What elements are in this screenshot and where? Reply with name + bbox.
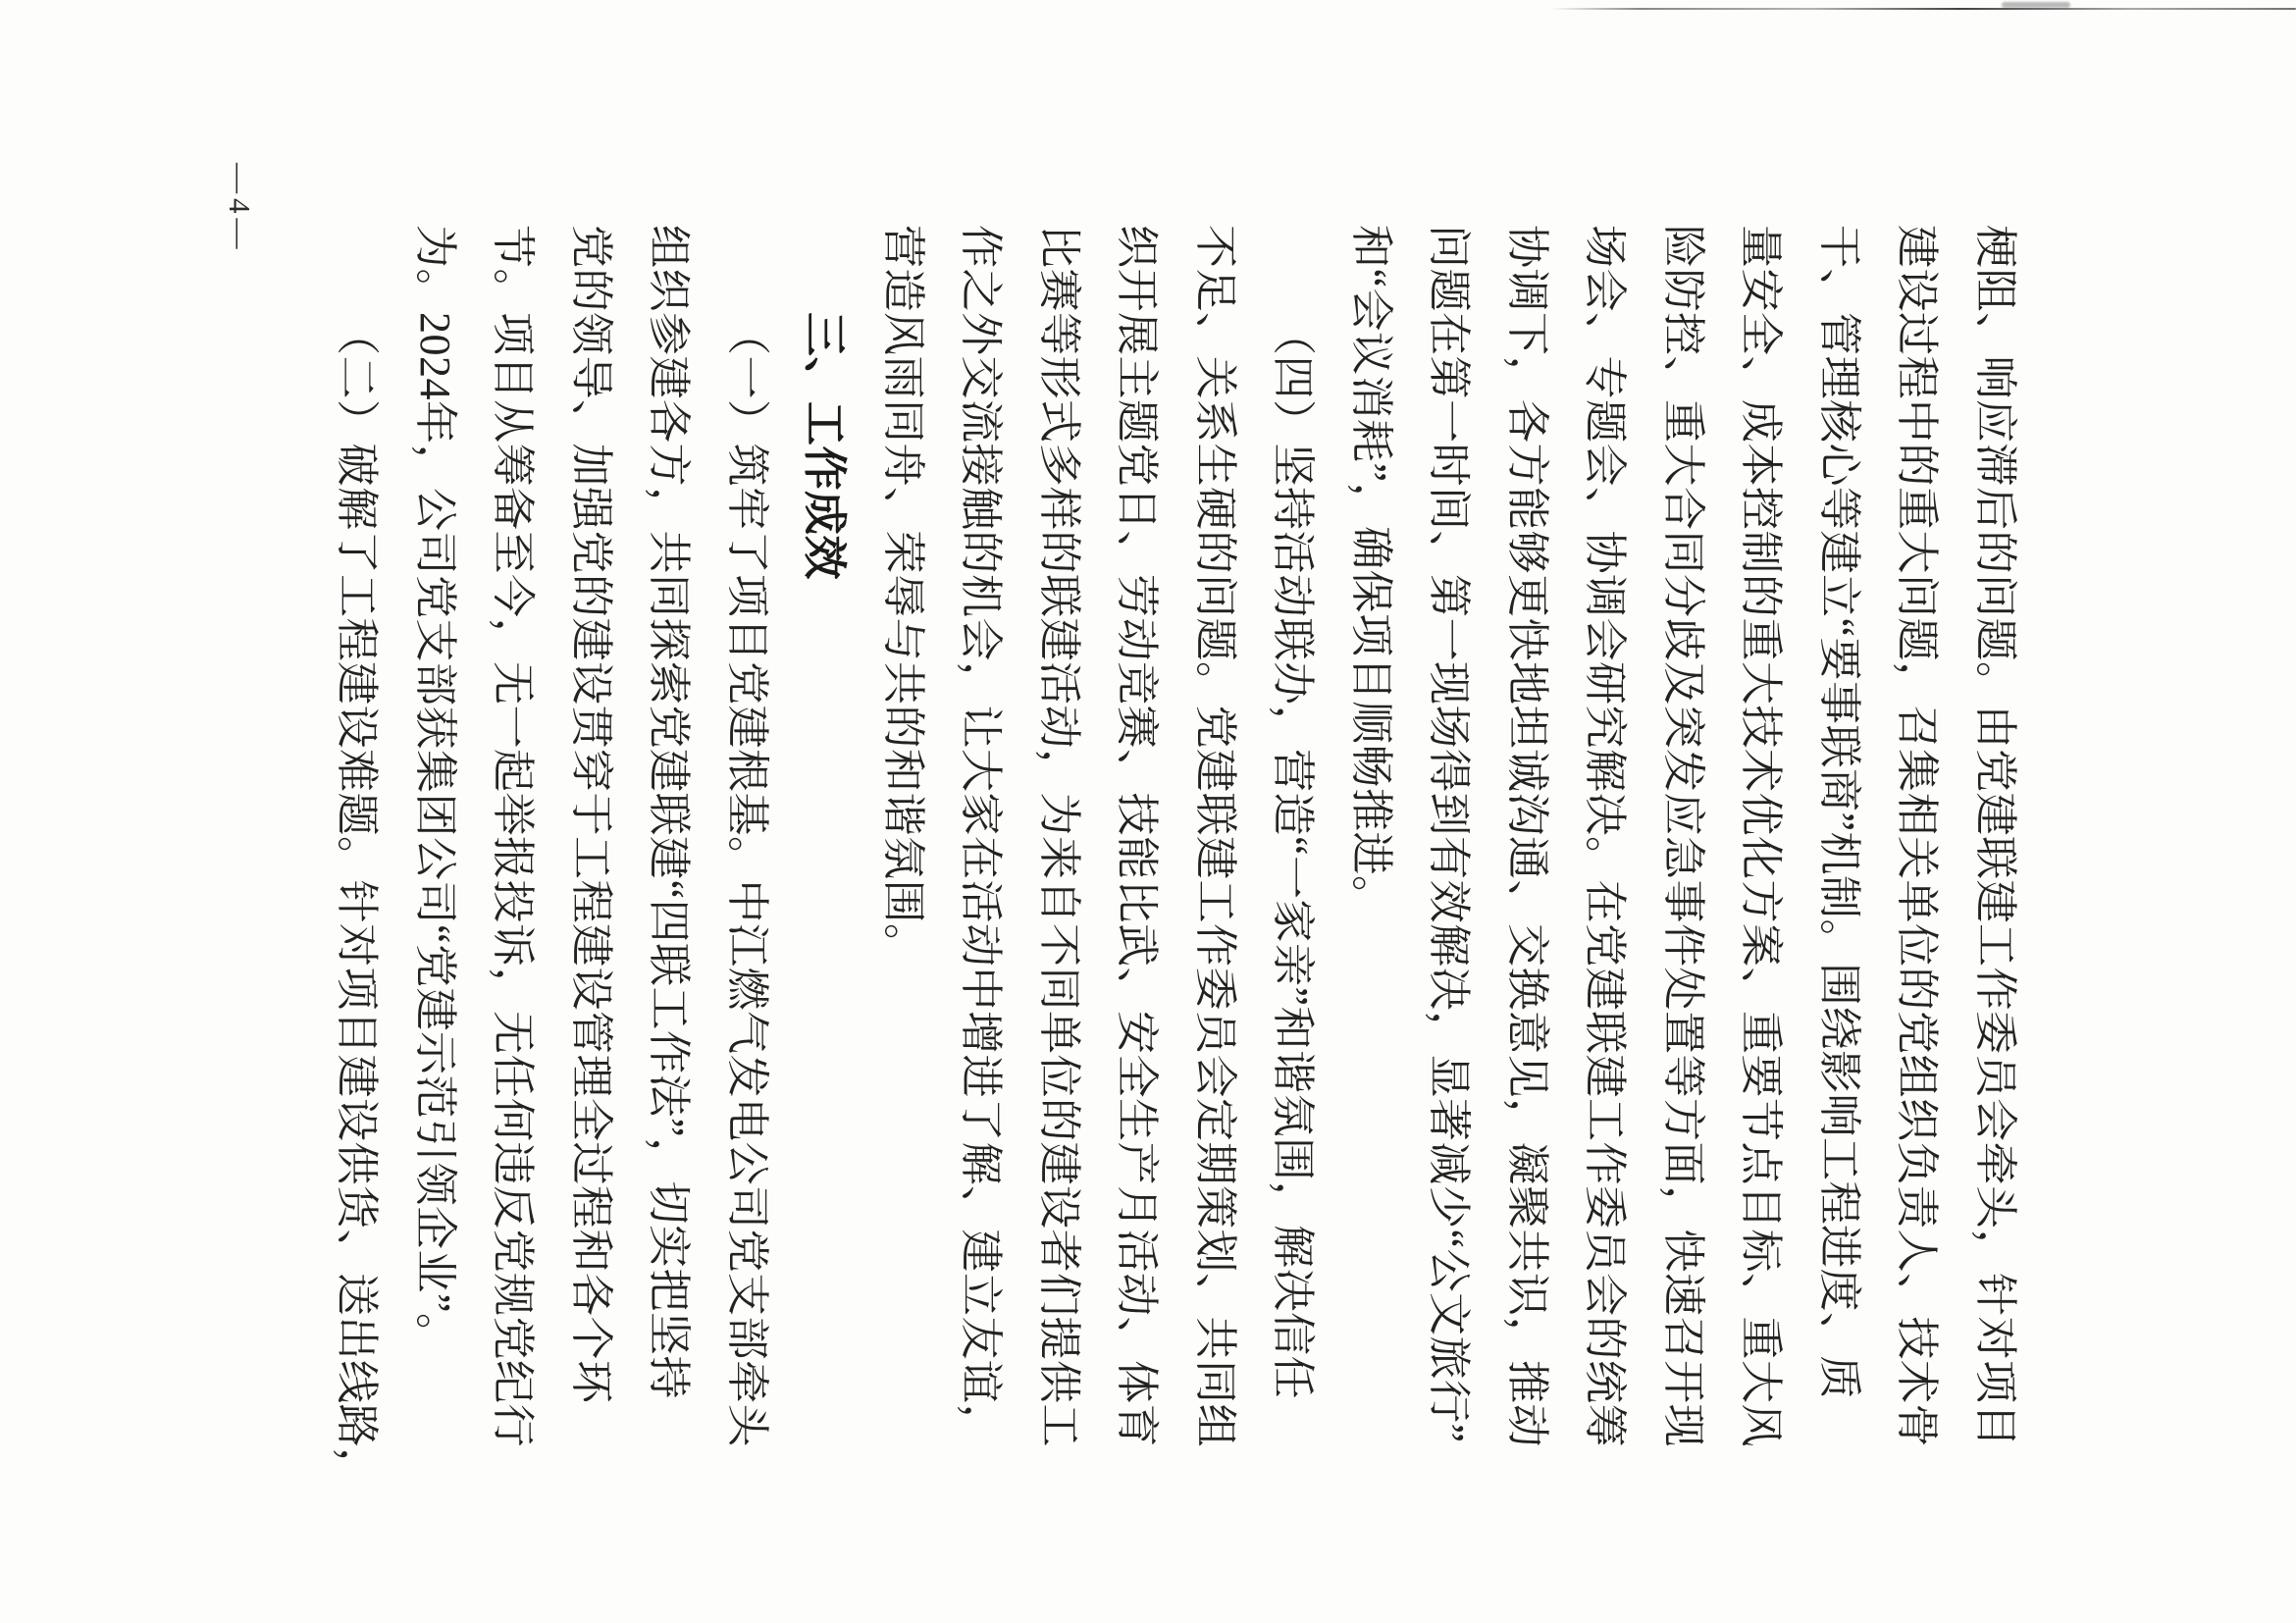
text-line: 不足、关系生硬的问题。党建联建工作委员会定期策划、共同组 <box>1176 225 1255 1453</box>
text-line: 量安全、成本控制的重大技术优化方案、重要节点目标、重大风 <box>1722 225 1800 1453</box>
text-line: 问题在第一时间、第一现场得到有效解决，显著减少“公文旅行” <box>1410 225 1488 1453</box>
scanned-document-canvas: 梗阻、响应滞后的问题。由党建联建工作委员会牵头，针对项目建设过程中的重大问题，召… <box>0 0 2296 1623</box>
document-page: 梗阻、响应滞后的问题。由党建联建工作委员会牵头，针对项目建设过程中的重大问题，召… <box>0 0 2296 1623</box>
text-line: 险防控、重大合同分歧及突发应急事件处置等方面，快速召开现 <box>1644 225 1723 1453</box>
text-line: 建设过程中的重大问题，召集相关单位的党组织负责人、技术骨 <box>1878 225 1957 1453</box>
text-line: 场会、专题会、协调会研究解决。在党建联建工作委员会的统筹 <box>1566 225 1644 1453</box>
text-line: 协调下，各方能够更快地坦诚沟通、交换意见，凝聚共识，推动 <box>1488 225 1567 1453</box>
text-line: 节。项目从筹备至今，无一起举报投诉，无任何违反党规党纪行 <box>474 225 552 1453</box>
text-line: （二）破解了工程建设难题。针对项目建设供货、送出线路， <box>318 225 396 1453</box>
text-line: 组织参建各方，共同探索党建联建“四联工作法”，切实把坚持 <box>630 225 708 1453</box>
text-line: （一）筑牢了项目党建根基。中江燃气发电公司党支部牵头 <box>708 225 787 1453</box>
page-number: —4— <box>222 163 257 254</box>
text-line: 干、管理核心等建立“要事联商”机制。围绕影响工程进度、质 <box>1800 225 1879 1453</box>
text-line: 比赛等形式多样的联建活动，为来自不同单位的建设者们提供工 <box>1020 225 1099 1453</box>
text-block: 梗阻、响应滞后的问题。由党建联建工作委员会牵头，针对项目建设过程中的重大问题，召… <box>318 225 2034 1453</box>
text-line: 作之外交流接触的机会，让大家在活动中增进了解、建立友谊， <box>942 225 1020 1453</box>
text-line: 和“会议消耗”，确保项目顺畅推进。 <box>1332 225 1411 1453</box>
text-line: （四）坚持活动联办，营造“一家亲”和谐氛围，解决信任 <box>1254 225 1332 1453</box>
text-line: 党的领导、加强党的建设贯穿于工程建设管理全过程和各个环 <box>552 225 631 1453</box>
text-line: 三、工作成效 <box>786 225 864 1453</box>
text-line: 为。2024年，公司党支部获集团公司“党建示范引领企业”。 <box>396 225 475 1453</box>
text-line: 营造风雨同舟、荣辱与共的和谐氛围。 <box>864 225 943 1453</box>
text-line: 织开展主题党日、劳动竞赛、技能比武、安全生产月活动、体育 <box>1098 225 1176 1453</box>
text-line: 梗阻、响应滞后的问题。由党建联建工作委员会牵头，针对项目 <box>1957 225 2035 1453</box>
